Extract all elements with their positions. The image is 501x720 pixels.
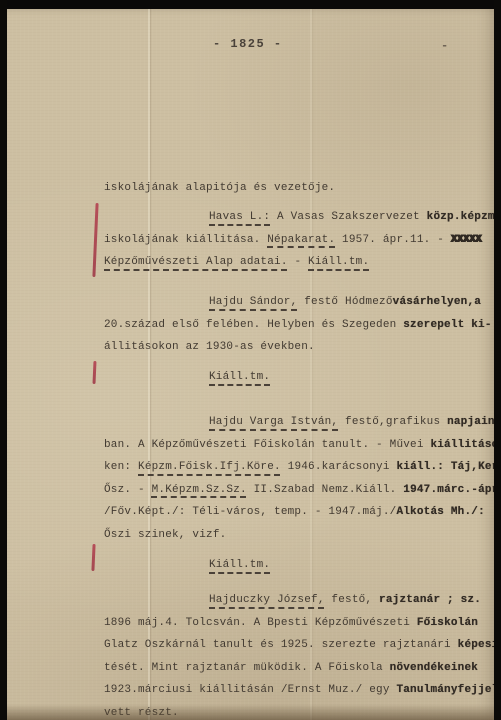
scan-bottom-shadow [0,704,501,720]
text-segment: 1946.karácsonyi [281,461,397,473]
text-segment: festő,grafikus [338,416,447,428]
document-line: Ősz. - M.Képzm.Sz.Sz. II.Szabad Nemz.Kiá… [104,479,489,502]
text-segment: festő, [325,594,379,606]
text-segment: szerepelt ki- [403,319,491,331]
text-segment: II.Szabad Nemz.Kiáll. [247,484,403,496]
text-segment: közp.képzm. [427,211,501,223]
document-line: 1923.márciusi kiállitásán /Ernst Muz./ e… [104,679,489,702]
text-segment: 1947.márc.-ápr. [403,484,501,496]
underlined-text: Hajdu Varga István, [209,416,338,428]
document-line: ken: Képzm.Főisk.Ifj.Köre. 1946.karácson… [104,456,489,479]
paragraph-block: Hajdu Varga István, festő,grafikus napja… [104,411,489,547]
text-segment: Tanulmányfejjel [396,684,498,696]
document-line: Kiáll.tm. [104,366,489,389]
paragraph-block: Kiáll.tm. [104,554,489,577]
document-line: Kiáll.tm. [104,554,489,577]
text-segment: 1957. ápr.11. - [335,234,451,246]
document-line: Hajduczky József, festő, rajztanár ; sz. [104,589,489,612]
document-line: Havas L.: A Vasas Szakszervezet közp.kép… [104,206,489,229]
text-segment: Őszi szinek, vizf. [104,529,226,541]
text-segment: 1923.márciusi kiállitásán /Ernst Muz./ e… [104,684,396,696]
text-segment: vásárhelyen,a [393,296,481,308]
underlined-text: M.Képzm.Sz.Sz. [152,484,247,496]
text-segment: 20.század első felében. Helyben és Szege… [104,319,403,331]
text-segment: - [288,256,308,268]
text-segment: rajztanár ; sz. [379,594,481,606]
text-segment: iskolájának alapitója és vezetője. [104,182,335,194]
underlined-text: Képzm.Főisk.Ifj.Köre. [138,461,281,473]
document-line: Glatz Oszkárnál tanult és 1925. szerezte… [104,634,489,657]
document-line: 20.század első felében. Helyben és Szege… [104,314,489,337]
underlined-text: Népakarat. [267,234,335,246]
underlined-text: Kiáll.tm. [209,371,270,383]
scan-border-top [0,0,501,9]
document-line: iskolájának kiállitása. Népakarat. 1957.… [104,229,489,252]
text-segment: 1896 máj.4. Tolcsván. A Bpesti Képzőművé… [104,617,417,629]
document-line: Hajdu Varga István, festő,grafikus napja… [104,411,489,434]
struck-out-text: XXXXX [451,234,482,246]
document-line: 1896 máj.4. Tolcsván. A Bpesti Képzőművé… [104,612,489,635]
text-segment: növendékeinek [390,662,478,674]
underlined-text: Hajduczky József, [209,594,325,606]
document-line: Hajdu Sándor, festő Hódmezővásárhelyen,a [104,291,489,314]
document-line: Képzőművészeti Alap adatai. - Kiáll.tm. [104,251,489,274]
text-segment: kiáll.: Táj,Kert, [396,461,501,473]
text-segment: ken: [104,461,138,473]
text-segment: Ősz. - [104,484,152,496]
text-segment: iskolájának kiállitása. [104,234,267,246]
paragraph-block: Hajdu Sándor, festő Hódmezővásárhelyen,a… [104,291,489,359]
text-segment: tését. Mint rajztanár müködik. A Főiskol… [104,662,390,674]
paragraph-block: Kiáll.tm. [104,366,489,389]
text-segment: Főiskolán [417,617,478,629]
text-area: iskolájának alapitója és vezetője.Havas … [0,0,501,720]
document-line: Őszi szinek, vizf. [104,524,489,547]
paragraph-block: Hajduczky József, festő, rajztanár ; sz.… [104,589,489,720]
text-segment: állitásokon az 1930-as években. [104,341,315,353]
text-segment: Alkotás Mh./: [396,506,484,518]
paragraph-block: iskolájának alapitója és vezetője. [104,177,489,200]
scan-border-right [494,0,501,720]
text-segment: festő Hódmező [297,296,392,308]
underlined-text: Hajdu Sándor, [209,296,297,308]
underlined-text: Kiáll.tm. [209,559,270,571]
text-segment: Glatz Oszkárnál tanult és 1925. szerezte… [104,639,458,651]
text-segment: /Főv.Képt./: Téli-város, temp. - 1947.má… [104,506,396,518]
text-segment: ban. A Képzőművészeti Főiskolán tanult. … [104,439,430,451]
underlined-text: Képzőművészeti Alap adatai. [104,256,288,268]
underlined-text: Havas L.: [209,211,270,223]
underlined-text: Kiáll.tm. [308,256,369,268]
scan-border-left [0,0,7,720]
document-line: tését. Mint rajztanár müködik. A Főiskol… [104,657,489,680]
text-segment: napjaink- [447,416,501,428]
document-line: állitásokon az 1930-as években. [104,336,489,359]
text-segment: A Vasas Szakszervezet [270,211,426,223]
scanned-page: - 1825 - - iskolájának alapitója és veze… [0,0,501,720]
document-line: ban. A Képzőművészeti Főiskolán tanult. … [104,434,489,457]
text-segment: kiállitáso- [430,439,501,451]
document-line: iskolájának alapitója és vezetője. [104,177,489,200]
document-line: /Főv.Képt./: Téli-város, temp. - 1947.má… [104,501,489,524]
paragraph-block: Havas L.: A Vasas Szakszervezet közp.kép… [104,206,489,274]
